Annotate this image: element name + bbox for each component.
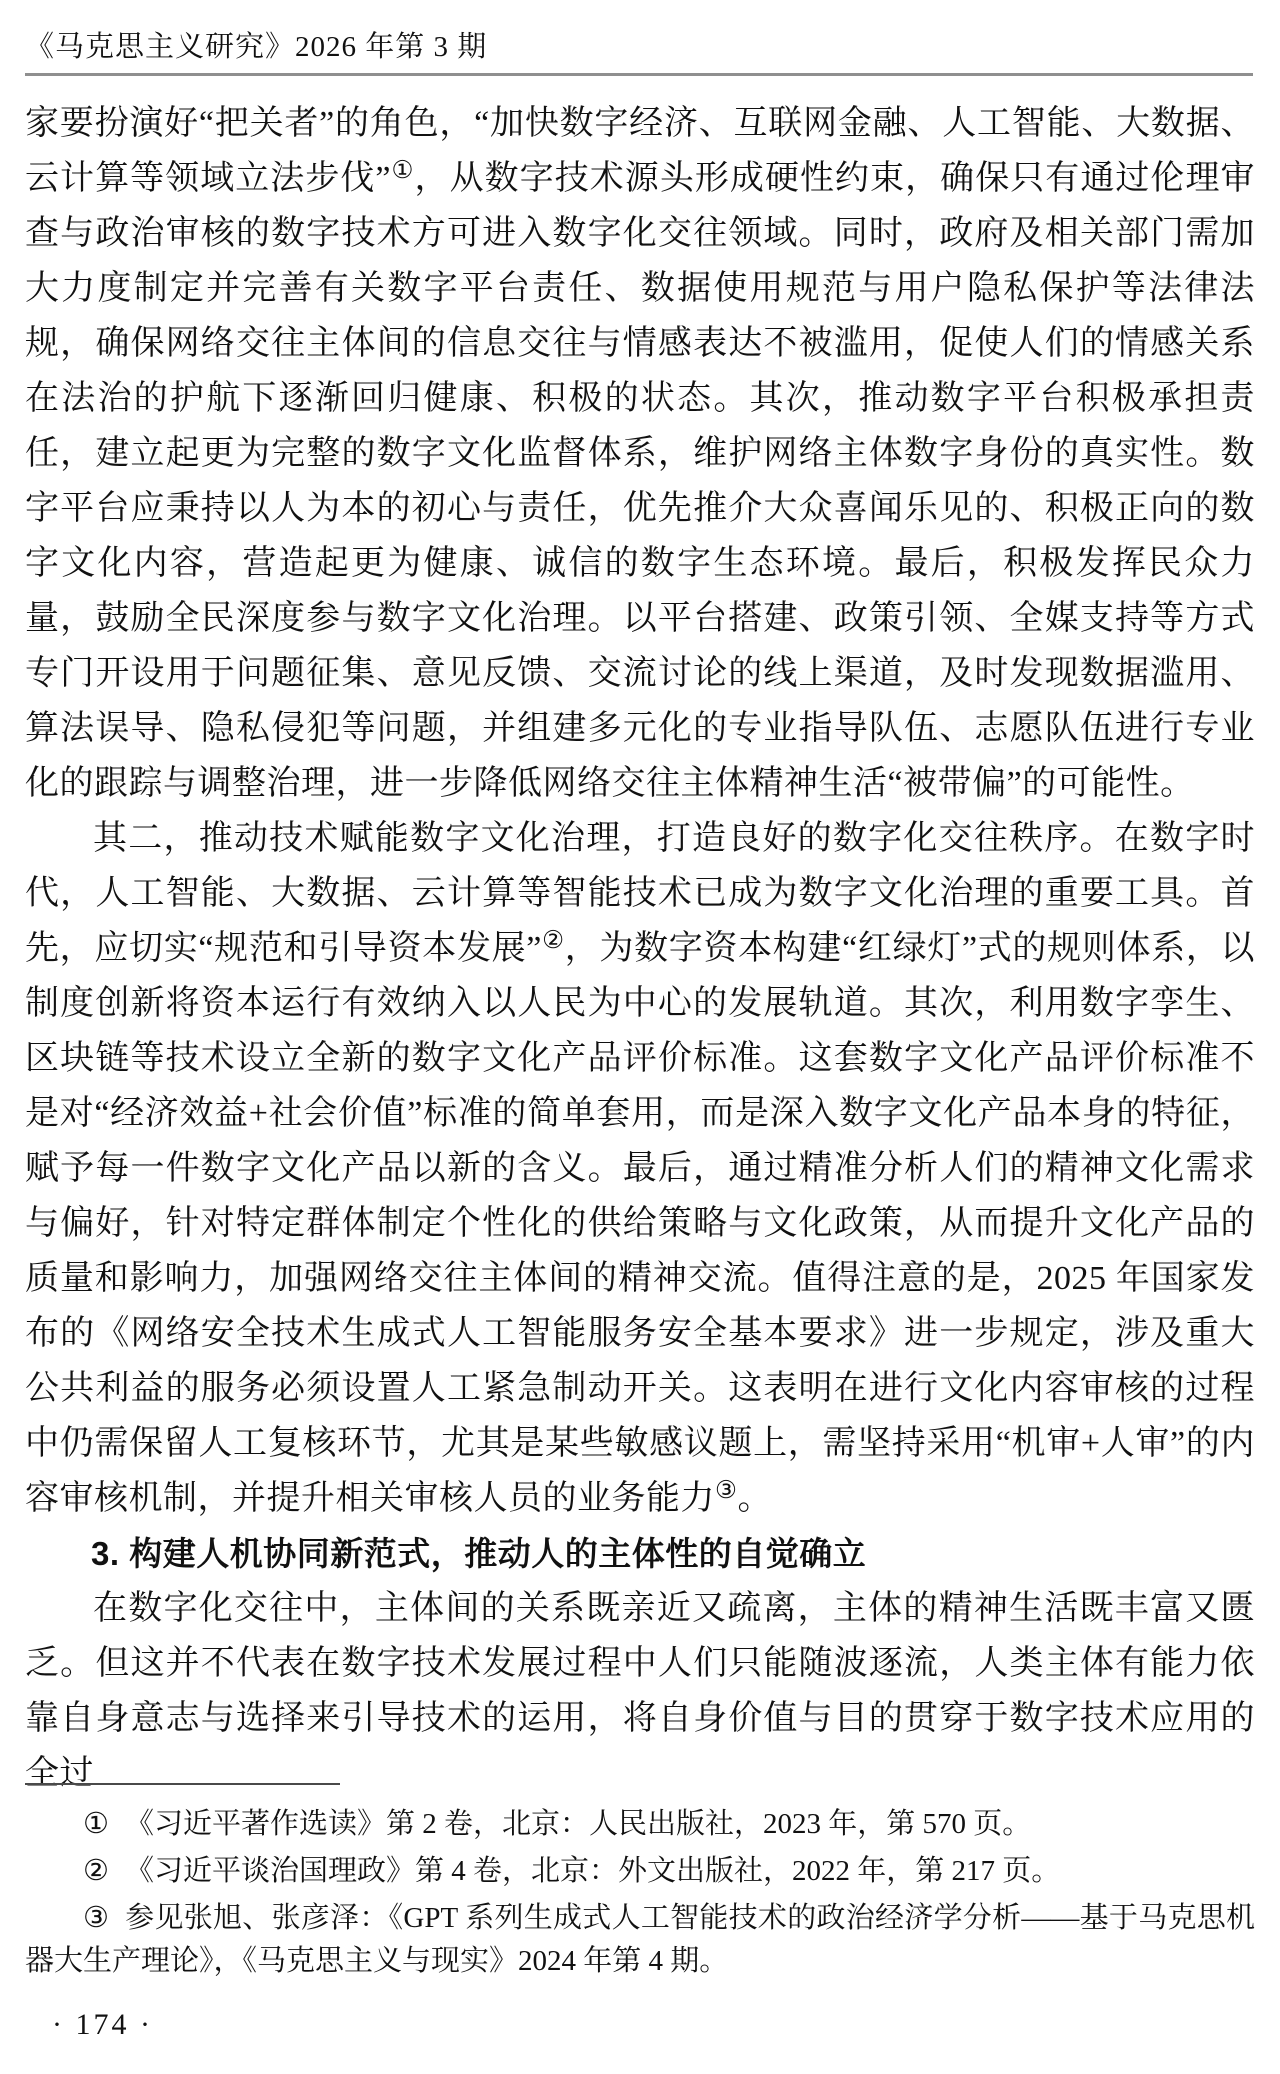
footnote-2-text: 《习近平谈治国理政》第 4 卷，北京：外文出版社，2022 年，第 217 页。 — [125, 1855, 1060, 1887]
section-heading: 3. 构建人机协同新范式，推动人的主体性的自觉确立 — [25, 1526, 1255, 1581]
footnote-2-marker: ② — [83, 1855, 109, 1887]
journal-page: 《马克思主义研究》2026 年第 3 期 家要扮演好“把关者”的角色，“加快数字… — [0, 0, 1280, 2074]
article-body: 家要扮演好“把关者”的角色，“加快数字经济、互联网金融、人工智能、大数据、云计算… — [25, 96, 1255, 1801]
body-paragraph-3: 在数字化交往中，主体间的关系既亲近又疏离，主体的精神生活既丰富又匮乏。但这并不代… — [25, 1581, 1255, 1801]
footnote-3-text: 参见张旭、张彦泽：《GPT 系列生成式人工智能技术的政治经济学分析——基于马克思… — [25, 1902, 1255, 1977]
footnotes-section: ①《习近平著作选读》第 2 卷，北京：人民出版社，2023 年，第 570 页。… — [25, 1803, 1255, 1987]
footnote-2: ②《习近平谈治国理政》第 4 卷，北京：外文出版社，2022 年，第 217 页… — [25, 1850, 1255, 1893]
footnote-1-text: 《习近平著作选读》第 2 卷，北京：人民出版社，2023 年，第 570 页。 — [125, 1808, 1031, 1840]
footnote-3: ③参见张旭、张彦泽：《GPT 系列生成式人工智能技术的政治经济学分析——基于马克… — [25, 1897, 1255, 1983]
page-number: · 174 · — [52, 2008, 153, 2042]
footnote-3-marker: ③ — [83, 1902, 109, 1934]
footnote-1-marker: ① — [83, 1808, 109, 1840]
body-paragraph-1: 家要扮演好“把关者”的角色，“加快数字经济、互联网金融、人工智能、大数据、云计算… — [25, 96, 1255, 811]
footnote-1: ①《习近平著作选读》第 2 卷，北京：人民出版社，2023 年，第 570 页。 — [25, 1803, 1255, 1846]
body-paragraph-2: 其二，推动技术赋能数字文化治理，打造良好的数字化交往秩序。在数字时代，人工智能、… — [25, 811, 1255, 1526]
header-divider — [25, 73, 1253, 76]
footnote-divider — [25, 1783, 340, 1785]
journal-issue-header: 《马克思主义研究》2026 年第 3 期 — [25, 24, 487, 65]
